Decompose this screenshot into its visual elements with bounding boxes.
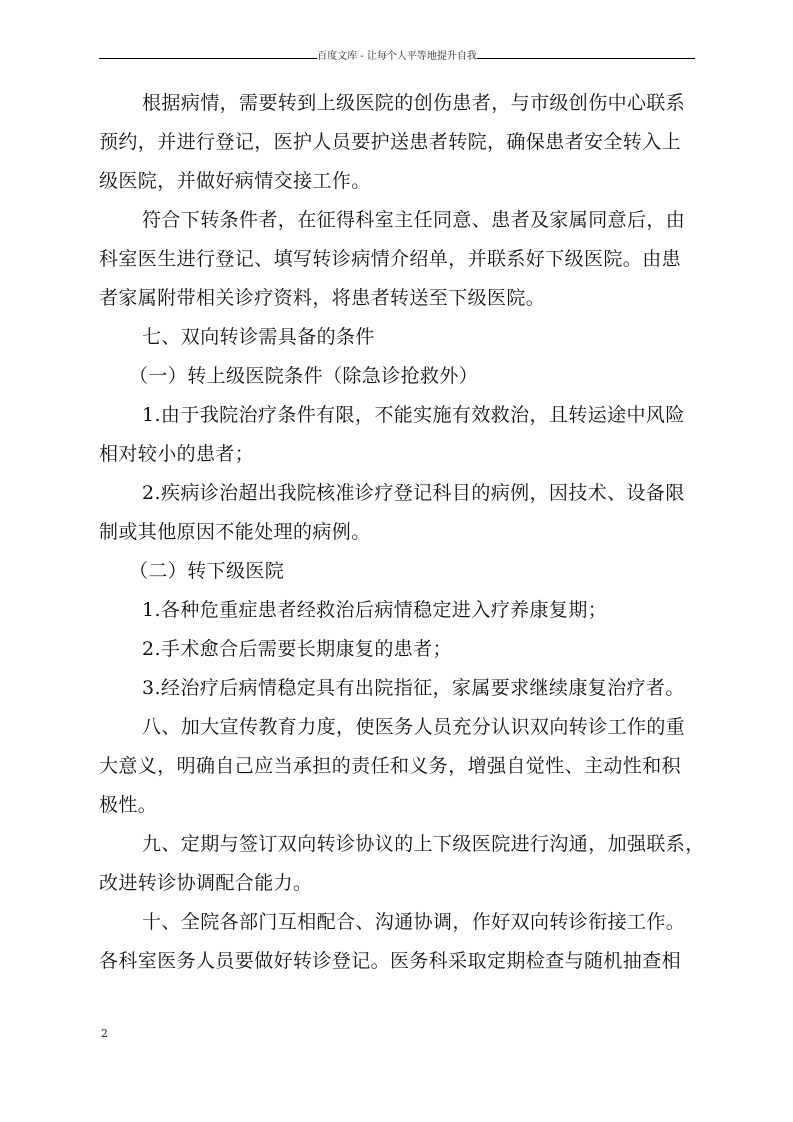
text-line: 九、定期与签订双向转诊协议的上下级医院进行沟通，加强联系， (99, 825, 696, 864)
text-line: 十、全院各部门互相配合、沟通协调，作好双向转诊衔接工作。 (99, 903, 696, 942)
text-line: 科室医生进行登记、填写转诊病情介绍单，并联系好下级医院。由患 (99, 240, 696, 279)
paragraph-section-8: 八、加大宣传教育力度，使医务人员充分认识双向转诊工作的重 大意义，明确自己应当承… (99, 708, 696, 825)
paragraph-section-10: 十、全院各部门互相配合、沟通协调，作好双向转诊衔接工作。 各科室医务人员要做好转… (99, 903, 696, 981)
paragraph-section-9: 九、定期与签订双向转诊协议的上下级医院进行沟通，加强联系， 改进转诊协调配合能力… (99, 825, 696, 903)
page-header: 百度文库 - 让每个人平等地提升自我 (99, 44, 695, 59)
text-line: 符合下转条件者，在征得科室主任同意、患者及家属同意后，由 (99, 201, 696, 240)
text-line: 预约，并进行登记，医护人员要护送患者转院，确保患者安全转入上 (99, 123, 696, 162)
text-line: 者家属附带相关诊疗资料，将患者转送至下级医院。 (99, 279, 696, 318)
text-line: 各科室医务人员要做好转诊登记。医务科采取定期检查与随机抽查相 (99, 942, 696, 981)
document-body: 根据病情，需要转到上级医院的创伤患者，与市级创伤中心联系 预约，并进行登记，医护… (99, 84, 696, 981)
text-line: 改进转诊协调配合能力。 (99, 864, 696, 903)
list-item-down-1: 1.各种危重症患者经救治后病情稳定进入疗养康复期； (99, 591, 696, 630)
text-line: 根据病情，需要转到上级医院的创伤患者，与市级创伤中心联系 (99, 84, 696, 123)
paragraph-referral-down: 符合下转条件者，在征得科室主任同意、患者及家属同意后，由 科室医生进行登记、填写… (99, 201, 696, 318)
text-line: 八、加大宣传教育力度，使医务人员充分认识双向转诊工作的重 (99, 708, 696, 747)
page-number: 2 (101, 1027, 108, 1040)
text-line: 2.疾病诊治超出我院核准诊疗登记科目的病例，因技术、设备限 (99, 474, 696, 513)
text-line: 大意义，明确自己应当承担的责任和义务，增强自觉性、主动性和积 (99, 747, 696, 786)
list-item-down-2: 2.手术愈合后需要长期康复的患者； (99, 630, 696, 669)
text-line: 级医院，并做好病情交接工作。 (99, 162, 696, 201)
text-line: 极性。 (99, 786, 696, 825)
paragraph-referral-up: 根据病情，需要转到上级医院的创伤患者，与市级创伤中心联系 预约，并进行登记，医护… (99, 84, 696, 201)
section-heading-7: 七、双向转诊需具备的条件 (99, 318, 696, 357)
subsection-heading-2: （二）转下级医院 (99, 552, 696, 591)
subsection-heading-1: （一）转上级医院条件（除急诊抢救外） (99, 357, 696, 396)
text-line: 1.由于我院治疗条件有限，不能实施有效救治，且转运途中风险 (99, 396, 696, 435)
list-item-up-2: 2.疾病诊治超出我院核准诊疗登记科目的病例，因技术、设备限 制或其他原因不能处理… (99, 474, 696, 552)
header-text: 百度文库 - 让每个人平等地提升自我 (317, 51, 477, 62)
text-line: 相对较小的患者； (99, 435, 696, 474)
list-item-up-1: 1.由于我院治疗条件有限，不能实施有效救治，且转运途中风险 相对较小的患者； (99, 396, 696, 474)
list-item-down-3: 3.经治疗后病情稳定具有出院指征，家属要求继续康复治疗者。 (99, 669, 696, 708)
text-line: 制或其他原因不能处理的病例。 (99, 513, 696, 552)
